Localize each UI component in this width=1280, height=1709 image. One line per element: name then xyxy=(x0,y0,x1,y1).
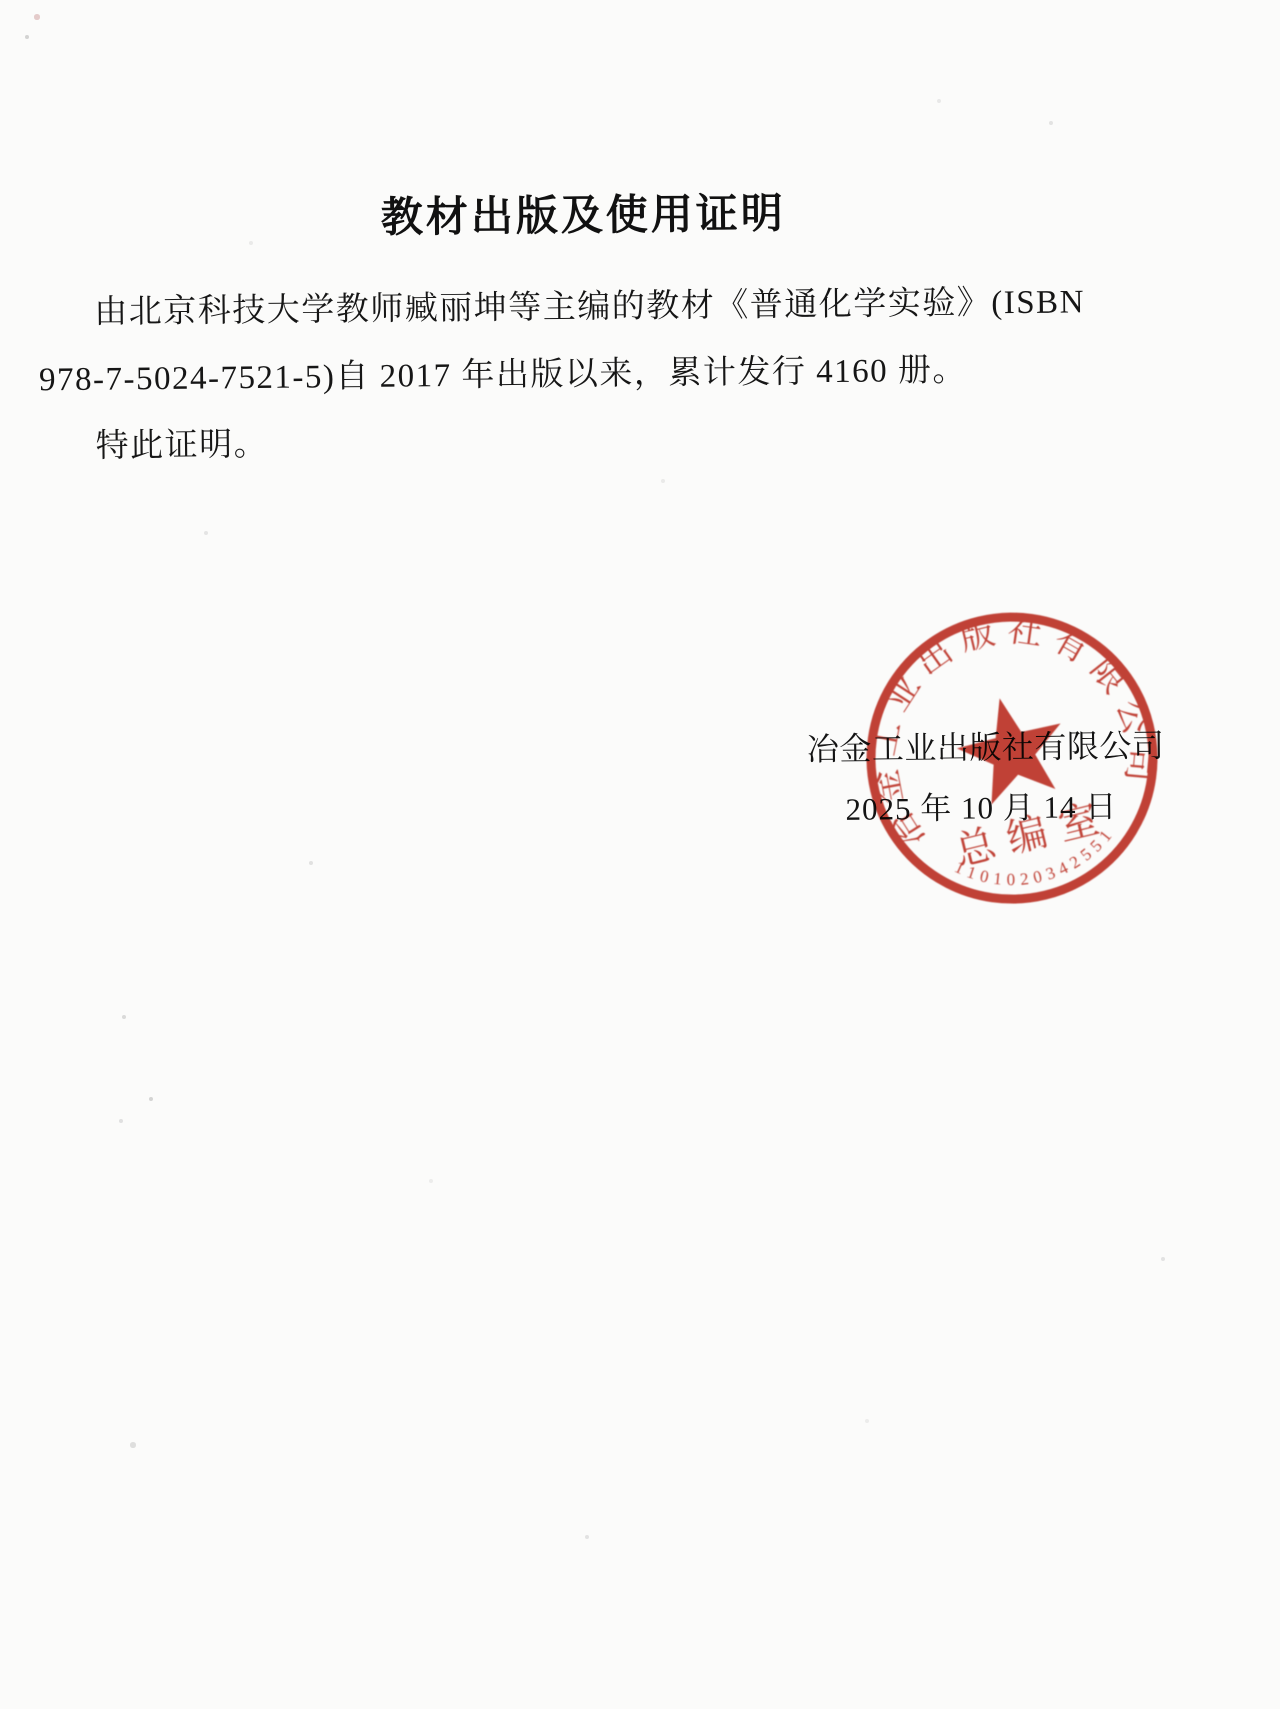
closing-statement: 特此证明。 xyxy=(95,418,268,467)
document-title-text: 教材出版及使用证明 xyxy=(381,189,786,240)
body-paragraph-line-1: 由北京科技大学教师臧丽坤等主编的教材《普通化学实验》(ISBN xyxy=(94,275,1085,332)
scan-noise-speckles xyxy=(0,0,2,2)
body-paragraph-line-2: 978-7-5024-7521-5)自 2017 年出版以来，累计发行 4160… xyxy=(39,344,967,401)
document-title: 教材出版及使用证明 xyxy=(0,176,1174,248)
company-seal: 冶金工业出版社有限公司 总编室 1101020342551 xyxy=(860,607,1163,910)
scanned-certificate-page: 教材出版及使用证明 由北京科技大学教师臧丽坤等主编的教材《普通化学实验》(ISB… xyxy=(0,0,1280,1709)
star-icon xyxy=(948,686,1075,810)
